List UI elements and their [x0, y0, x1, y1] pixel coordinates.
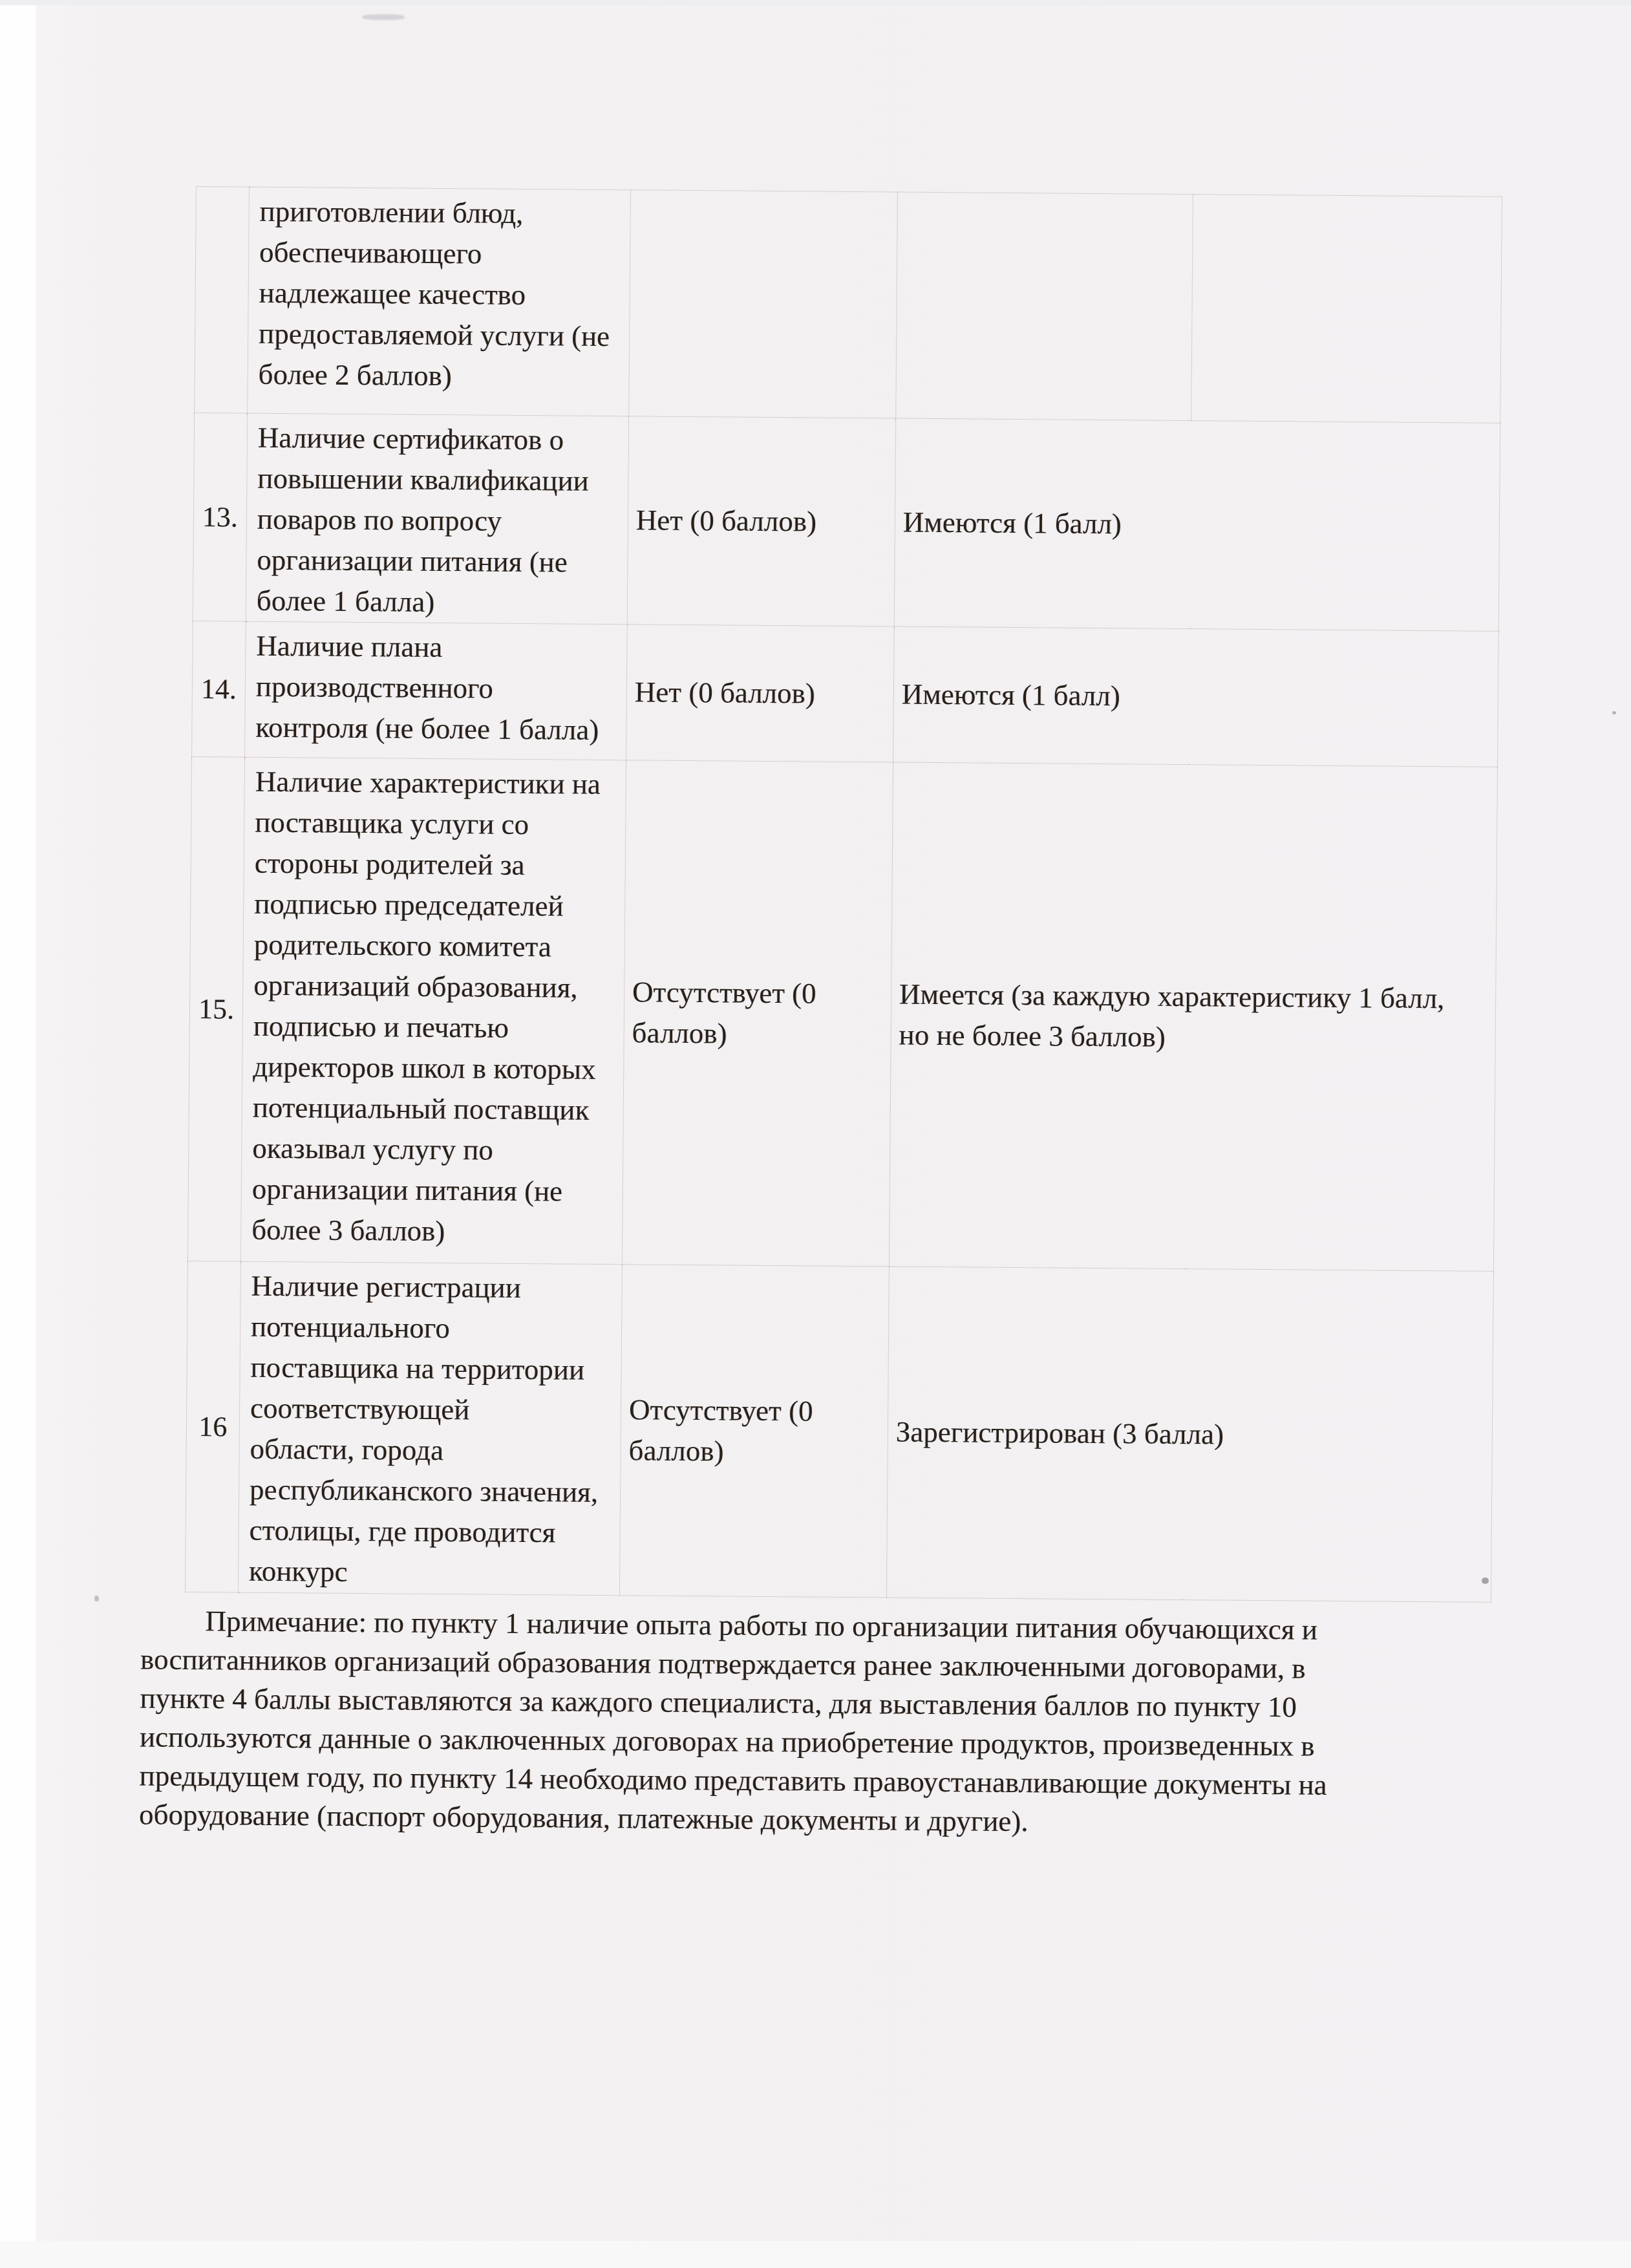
- scanner-edge-bottom: [0, 2241, 1631, 2268]
- scan-speck: [94, 1596, 99, 1601]
- row-number-cell: 13.: [193, 412, 248, 621]
- row-number-cell: 14.: [192, 621, 246, 757]
- option-cell-yes: Зарегистрирован (3 балла): [886, 1267, 1493, 1602]
- criteria-cell: приготовлении блюд, обеспечивающего надл…: [248, 187, 631, 416]
- option-cell-no: Нет (0 баллов): [627, 416, 896, 626]
- scan-smudge: [362, 14, 405, 20]
- note-paragraph: Примечание: по пункту 1 наличие опыта ра…: [139, 1601, 1498, 1844]
- page-content: приготовлении блюд, обеспечивающего надл…: [183, 186, 1508, 1845]
- table-row-14: 14. Наличие плана производственного конт…: [192, 621, 1499, 767]
- criteria-cell: Наличие регистрации потенциального поста…: [238, 1261, 622, 1596]
- row-number-cell: [195, 187, 250, 414]
- scanned-page: приготовлении блюд, обеспечивающего надл…: [0, 0, 1631, 2268]
- option-cell-no: Отсутствует (0 баллов): [622, 760, 893, 1267]
- option-cell-no: Отсутствует (0 баллов): [619, 1265, 889, 1598]
- row-number-cell: 16: [185, 1261, 240, 1592]
- table-row-continued: приготовлении блюд, обеспечивающего надл…: [195, 187, 1502, 423]
- table-row-16: 16 Наличие регистрации потенциального по…: [185, 1261, 1493, 1602]
- criteria-cell: Наличие сертификатов о повышении квалифи…: [246, 413, 629, 625]
- row-number-cell: 15.: [187, 756, 244, 1261]
- scanner-edge-left: [0, 0, 36, 2268]
- scanner-edge-top: [0, 0, 1631, 5]
- criteria-cell: Наличие характеристики на поставщика усл…: [240, 757, 626, 1265]
- scan-speck: [1482, 1578, 1489, 1584]
- table-row-15: 15. Наличие характеристики на поставщика…: [187, 756, 1497, 1271]
- criteria-cell: Наличие плана производственного контроля…: [245, 621, 628, 760]
- scan-speck: [1612, 711, 1616, 714]
- option-cell-no: Нет (0 баллов): [626, 625, 895, 762]
- option-cell-empty: [1191, 195, 1502, 423]
- option-cell-empty: [896, 192, 1193, 421]
- option-cell-yes: Имеются (1 балл): [894, 418, 1500, 631]
- option-cell-yes: Имеется (за каждую характеристику 1 балл…: [889, 762, 1497, 1271]
- option-cell-yes: Имеются (1 балл): [893, 626, 1499, 767]
- option-cell-empty: [629, 190, 898, 418]
- criteria-score-table: приготовлении блюд, обеспечивающего надл…: [185, 186, 1502, 1603]
- table-row-13: 13. Наличие сертификатов о повышении ква…: [193, 412, 1500, 631]
